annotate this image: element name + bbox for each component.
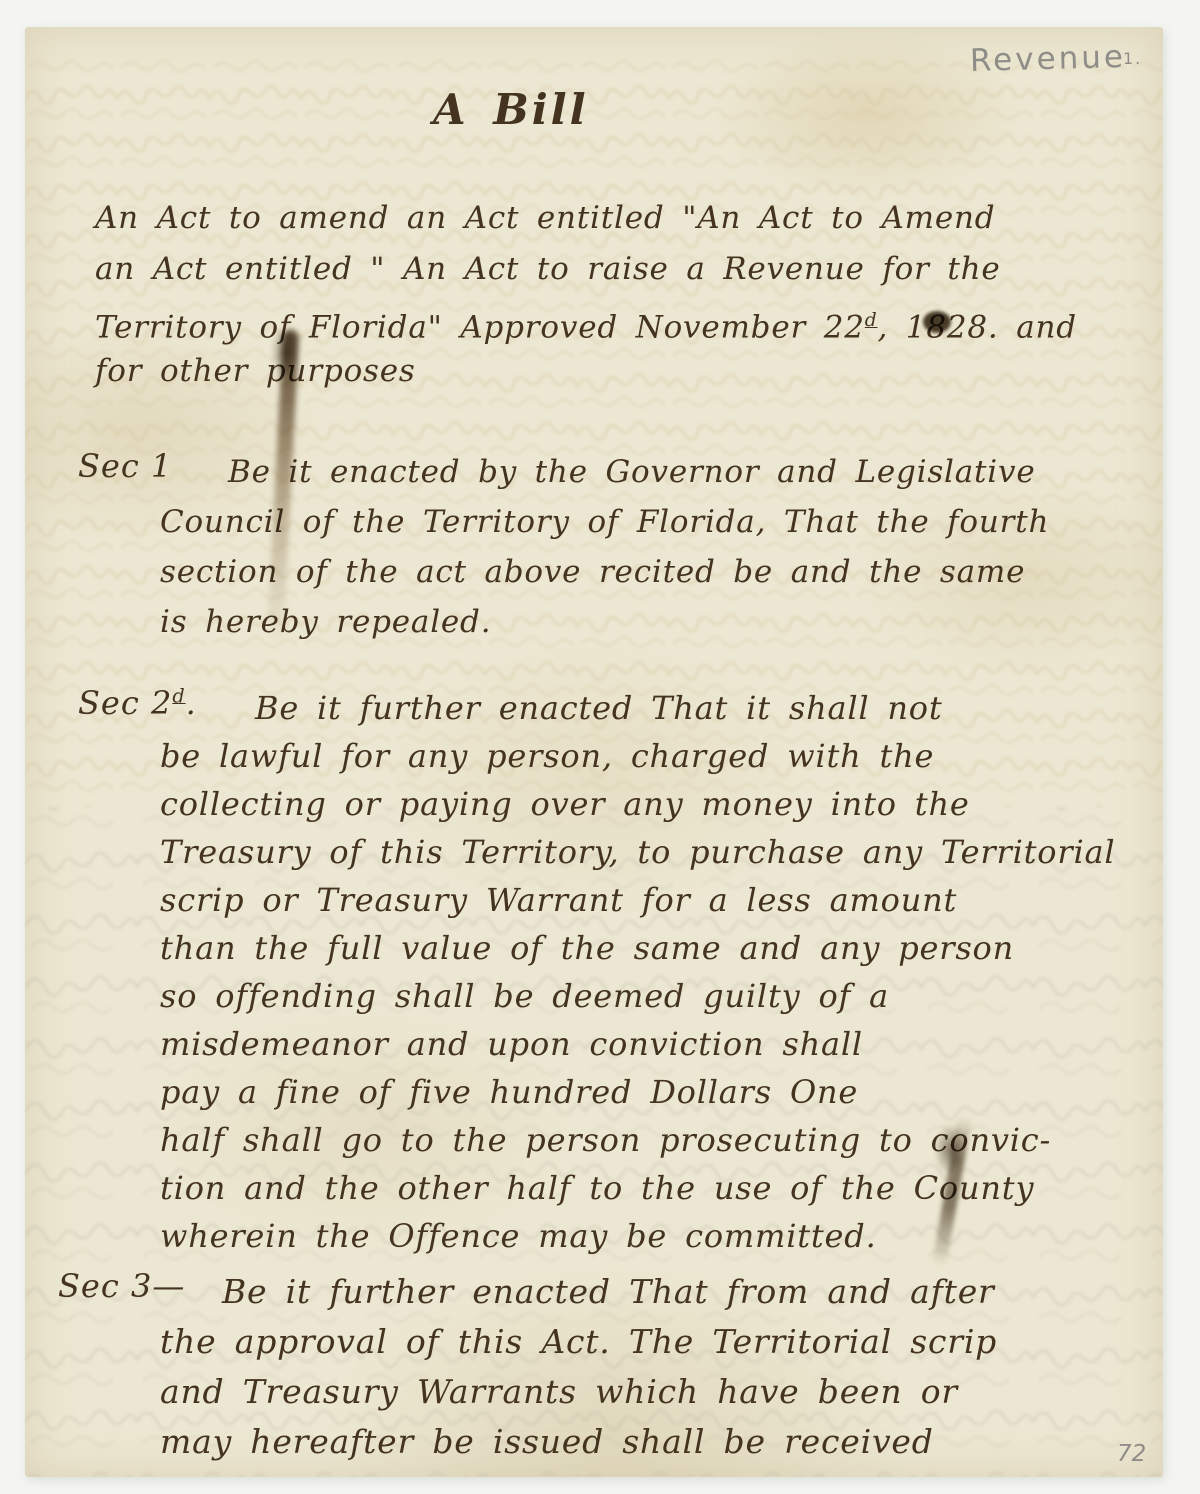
handwritten-line: so offending shall be deemed guilty of a xyxy=(160,972,1115,1020)
preamble: An Act to amend an Act entitled "An Act … xyxy=(95,193,1077,397)
handwritten-line: wherein the Offence may be committed. xyxy=(160,1212,1115,1260)
handwritten-line: pay a fine of five hundred Dollars One xyxy=(160,1068,1115,1116)
handwritten-line: than the full value of the same and any … xyxy=(160,924,1115,972)
section-1: Sec 1 Be it enacted by the Governor and … xyxy=(78,447,1049,647)
section-2-label: Sec 2d. xyxy=(78,684,197,722)
handwritten-line: scrip or Treasury Warrant for a less amo… xyxy=(160,876,1115,924)
section-1-label: Sec 1 xyxy=(78,447,172,485)
handwritten-line: section of the act above recited be and … xyxy=(160,547,1049,597)
handwritten-line: misdemeanor and upon conviction shall xyxy=(160,1020,1115,1068)
handwritten-line: Be it enacted by the Governor and Legisl… xyxy=(228,447,1049,497)
handwritten-line: Be it further enacted That it shall not xyxy=(255,684,1115,732)
handwritten-line: tion and the other half to the use of th… xyxy=(160,1164,1115,1212)
document-title: A Bill xyxy=(433,85,589,134)
section-3: Sec 3— Be it further enacted That from a… xyxy=(58,1267,997,1467)
handwritten-line: Council of the Territory of Florida, Tha… xyxy=(160,497,1049,547)
ordinal-superscript: d xyxy=(172,684,185,707)
manuscript-paper: Revenue 1. A Bill An Act to amend an Act… xyxy=(25,27,1163,1477)
label-text: Sec 2 xyxy=(78,684,172,722)
line-text: , 1828. and xyxy=(878,309,1077,345)
page-number: 72 xyxy=(1117,1441,1146,1467)
handwritten-line: Treasury of this Territory, to purchase … xyxy=(160,828,1115,876)
handwritten-line: is hereby repealed. xyxy=(160,597,1049,647)
handwritten-line: an Act entitled " An Act to raise a Reve… xyxy=(95,244,1077,295)
handwritten-line: for other purposes xyxy=(95,346,1077,397)
handwritten-line: half shall go to the person prosecuting … xyxy=(160,1116,1115,1164)
line-text: Territory of Florida" Approved November … xyxy=(95,309,865,345)
handwritten-line: and Treasury Warrants which have been or xyxy=(160,1367,997,1417)
scanned-page: Revenue 1. A Bill An Act to amend an Act… xyxy=(0,0,1200,1494)
label-text: . xyxy=(186,684,197,722)
pencil-label: Revenue xyxy=(970,39,1127,79)
section-3-label: Sec 3— xyxy=(58,1267,185,1305)
corner-mark: 1. xyxy=(1123,49,1142,68)
section-2: Sec 2d. Be it further enacted That it sh… xyxy=(78,684,1115,1260)
handwritten-line: An Act to amend an Act entitled "An Act … xyxy=(95,193,1077,244)
handwritten-line: be lawful for any person, charged with t… xyxy=(160,732,1115,780)
handwritten-line: Be it further enacted That from and afte… xyxy=(222,1267,997,1317)
handwritten-line: collecting or paying over any money into… xyxy=(160,780,1115,828)
handwritten-line: the approval of this Act. The Territoria… xyxy=(160,1317,997,1367)
handwritten-line: may hereafter be issued shall be receive… xyxy=(160,1417,997,1467)
handwritten-line: Territory of Florida" Approved November … xyxy=(95,295,1077,346)
ordinal-superscript: d xyxy=(865,310,878,331)
